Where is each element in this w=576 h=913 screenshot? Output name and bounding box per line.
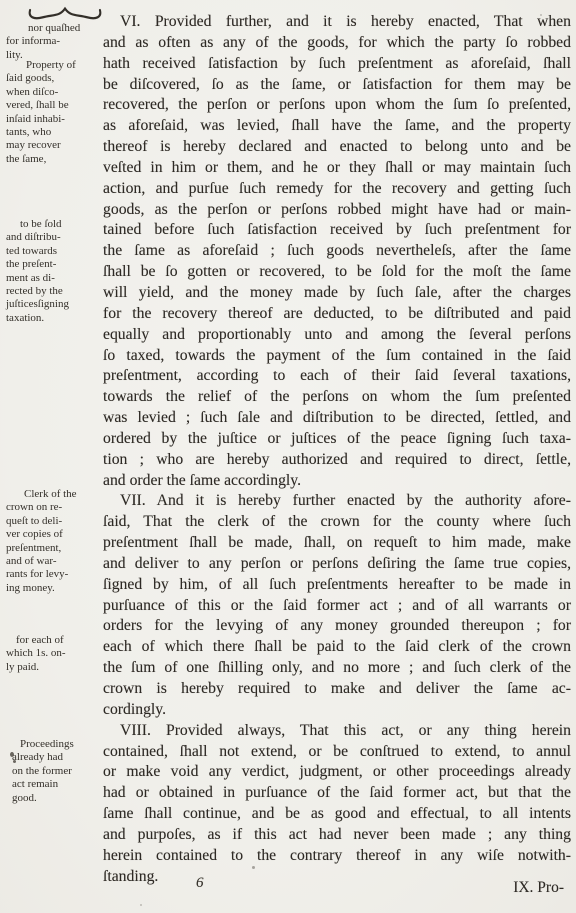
section-vi-line: the ſame as aforeſaid ; ſuch goods never… bbox=[103, 241, 571, 262]
ink-speck bbox=[540, 14, 542, 16]
statute-body-text: VI. Provided further, and it is hereby e… bbox=[103, 12, 571, 887]
section-vii-line: VII. And it is hereby further enacted by… bbox=[103, 491, 571, 512]
book-page: nor quaſhed for informa- lity. Property … bbox=[0, 0, 576, 913]
section-vi-line: tion ; who are hereby authorized and req… bbox=[103, 450, 571, 471]
signature-mark: 6 bbox=[196, 875, 204, 892]
section-viii-line: and purpoſes, as if this act had never b… bbox=[103, 825, 571, 846]
section-vi-line: veſted in him or them, and he or they ſh… bbox=[103, 158, 571, 179]
margin-note-proceedings-remain-good: Proceedings already had on the former ac… bbox=[12, 738, 102, 805]
section-vii-line: orders for the levying of any money grou… bbox=[103, 616, 571, 637]
section-viii-line: had or obtained in purſuance of the ſaid… bbox=[103, 783, 571, 804]
section-vi-line: action, and purſue ſuch remedy for the r… bbox=[103, 179, 571, 200]
section-viii-line: ſtanding. bbox=[103, 867, 571, 888]
ink-speck bbox=[13, 760, 16, 763]
section-vi-line: ordered by the juſtice or juſtices of th… bbox=[103, 429, 571, 450]
section-viii-line: or make void any verdict, judgment, or o… bbox=[103, 762, 571, 783]
section-viii-line: ſame ſhall continue, and be as good and … bbox=[103, 804, 571, 825]
section-vii-line: the ſum of one ſhilling only, and no mor… bbox=[103, 658, 571, 679]
margin-note-sold-distributed: to be ſold and diſtribu- ted towards the… bbox=[6, 218, 102, 325]
section-vii-line: ſaid, That the clerk of the crown for th… bbox=[103, 512, 571, 533]
section-vi-line: for the recovery thereof are deducted, t… bbox=[103, 304, 571, 325]
section-vi-line: goods, as the perſon or perſons robbed m… bbox=[103, 200, 571, 221]
section-vii-line: purſuance of this or the ſaid former act… bbox=[103, 596, 571, 617]
ink-speck bbox=[10, 752, 14, 757]
section-viii-line: contained, ſhall not extend, or be conſt… bbox=[103, 742, 571, 763]
section-vi-line: recovered, the perſon or perſons upon wh… bbox=[103, 95, 571, 116]
section-vii-line: cordingly. bbox=[103, 700, 571, 721]
section-vi-line: thereof is hereby declared and enacted t… bbox=[103, 137, 571, 158]
catchword: IX. Pro- bbox=[513, 879, 564, 897]
section-vi-line: ſo taxed, towards the payment of the ſum… bbox=[103, 346, 571, 367]
section-vi-line: equally and proportionably unto and amon… bbox=[103, 325, 571, 346]
section-vii-line: each of which there ſhall be paid to the… bbox=[103, 637, 571, 658]
section-vi-line: towards the relief of the perſons on who… bbox=[103, 387, 571, 408]
margin-note-property-of-goods: Property of ſaid goods, when diſco- vere… bbox=[6, 59, 102, 166]
section-vi-line: ſhall be ſo gotten or recovered, to be ſ… bbox=[103, 262, 571, 283]
section-vi-line: tained before ſuch ſatisfaction received… bbox=[103, 220, 571, 241]
section-viii-line: herein contained to the contrary thereof… bbox=[103, 846, 571, 867]
section-vi-line: and as often as any of the goods, for wh… bbox=[103, 33, 571, 54]
section-vi-line: will yield, and the money made by ſuch ſ… bbox=[103, 283, 571, 304]
section-vi-line: was levied ; ſuch ſale and diſtribution … bbox=[103, 408, 571, 429]
section-vi-line: hath received ſatisfaction by ſuch preſe… bbox=[103, 54, 571, 75]
section-vii-line: crown is hereby required to make and del… bbox=[103, 679, 571, 700]
section-vi-line: preſentment, according to each of their … bbox=[103, 366, 571, 387]
ink-speck bbox=[140, 904, 142, 906]
section-vi-line: as aforeſaid, was levied, ſhall have the… bbox=[103, 116, 571, 137]
section-vi-line: and order the ſame accordingly. bbox=[103, 471, 571, 492]
section-vii-line: preſentment ſhall be made, ſhall, on req… bbox=[103, 533, 571, 554]
ink-speck bbox=[556, 318, 558, 320]
ink-speck bbox=[252, 866, 255, 869]
section-vi-line: VI. Provided further, and it is hereby e… bbox=[103, 12, 571, 33]
section-viii-line: VIII. Provided always, That this act, or… bbox=[103, 721, 571, 742]
margin-note-clerk-of-crown: Clerk of the crown on re- queſt to deli-… bbox=[6, 488, 102, 595]
section-vii-line: ſigned by him, of all ſuch preſentments … bbox=[103, 575, 571, 596]
section-vii-line: and deliver to any perſon or perſons deſ… bbox=[103, 554, 571, 575]
section-vi-line: be diſcovered, ſo as the ſame, or ſatisf… bbox=[103, 75, 571, 96]
margin-note-one-shilling: for each of which 1s. on- ly paid. bbox=[6, 634, 102, 674]
margin-note-informality: nor quaſhed for informa- lity. bbox=[6, 22, 102, 62]
margin-brace-icon bbox=[27, 5, 103, 23]
